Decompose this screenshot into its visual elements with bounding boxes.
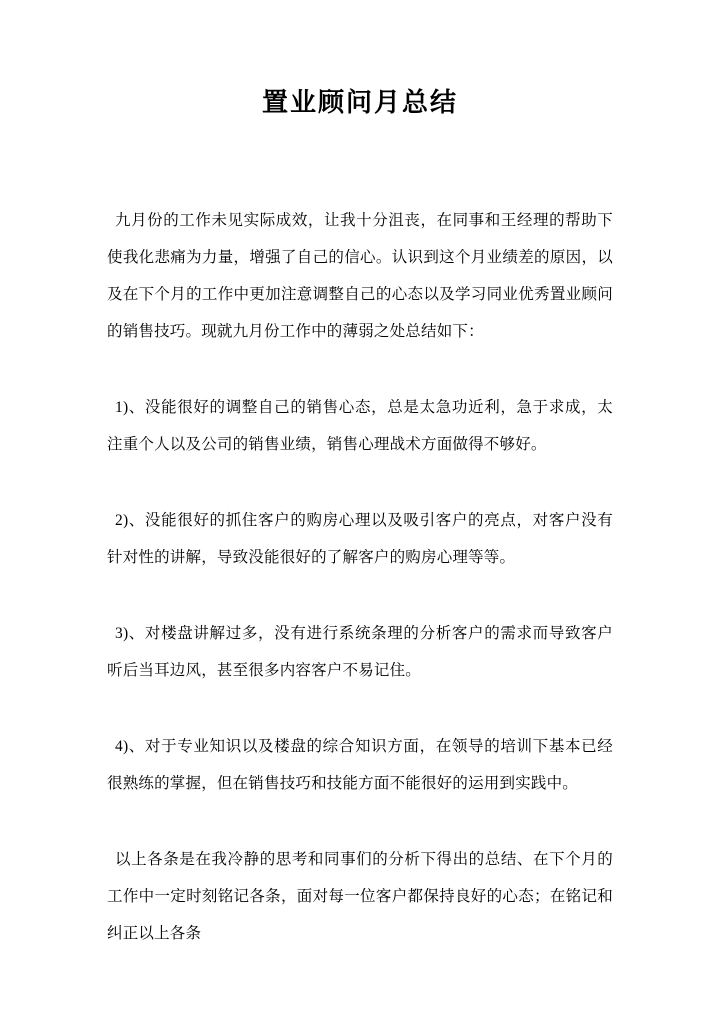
paragraph-intro: 九月份的工作未见实际成效，让我十分沮丧，在同事和王经理的帮助下使我化悲痛为力量，… xyxy=(107,202,613,350)
document-page: 置业顾问月总结 九月份的工作未见实际成效，让我十分沮丧，在同事和王经理的帮助下使… xyxy=(0,0,721,1020)
paragraph-item-4: 4)、对于专业知识以及楼盘的综合知识方面，在领导的培训下基本已经很熟练的掌握，但… xyxy=(107,728,613,802)
paragraph-conclusion: 以上各条是在我冷静的思考和同事们的分析下得出的总结、在下个月的工作中一定时刻铭记… xyxy=(107,841,613,952)
paragraph-item-1: 1)、没能很好的调整自己的销售心态，总是太急功近利，急于求成，太注重个人以及公司… xyxy=(107,389,613,463)
paragraph-item-3: 3)、对楼盘讲解过多，没有进行系统条理的分析客户的需求而导致客户听后当耳边风，甚… xyxy=(107,615,613,689)
document-content: 置业顾问月总结 九月份的工作未见实际成效，让我十分沮丧，在同事和王经理的帮助下使… xyxy=(107,0,613,952)
paragraph-item-2: 2)、没能很好的抓住客户的购房心理以及吸引客户的亮点，对客户没有针对性的讲解，导… xyxy=(107,502,613,576)
document-title: 置业顾问月总结 xyxy=(107,84,613,121)
